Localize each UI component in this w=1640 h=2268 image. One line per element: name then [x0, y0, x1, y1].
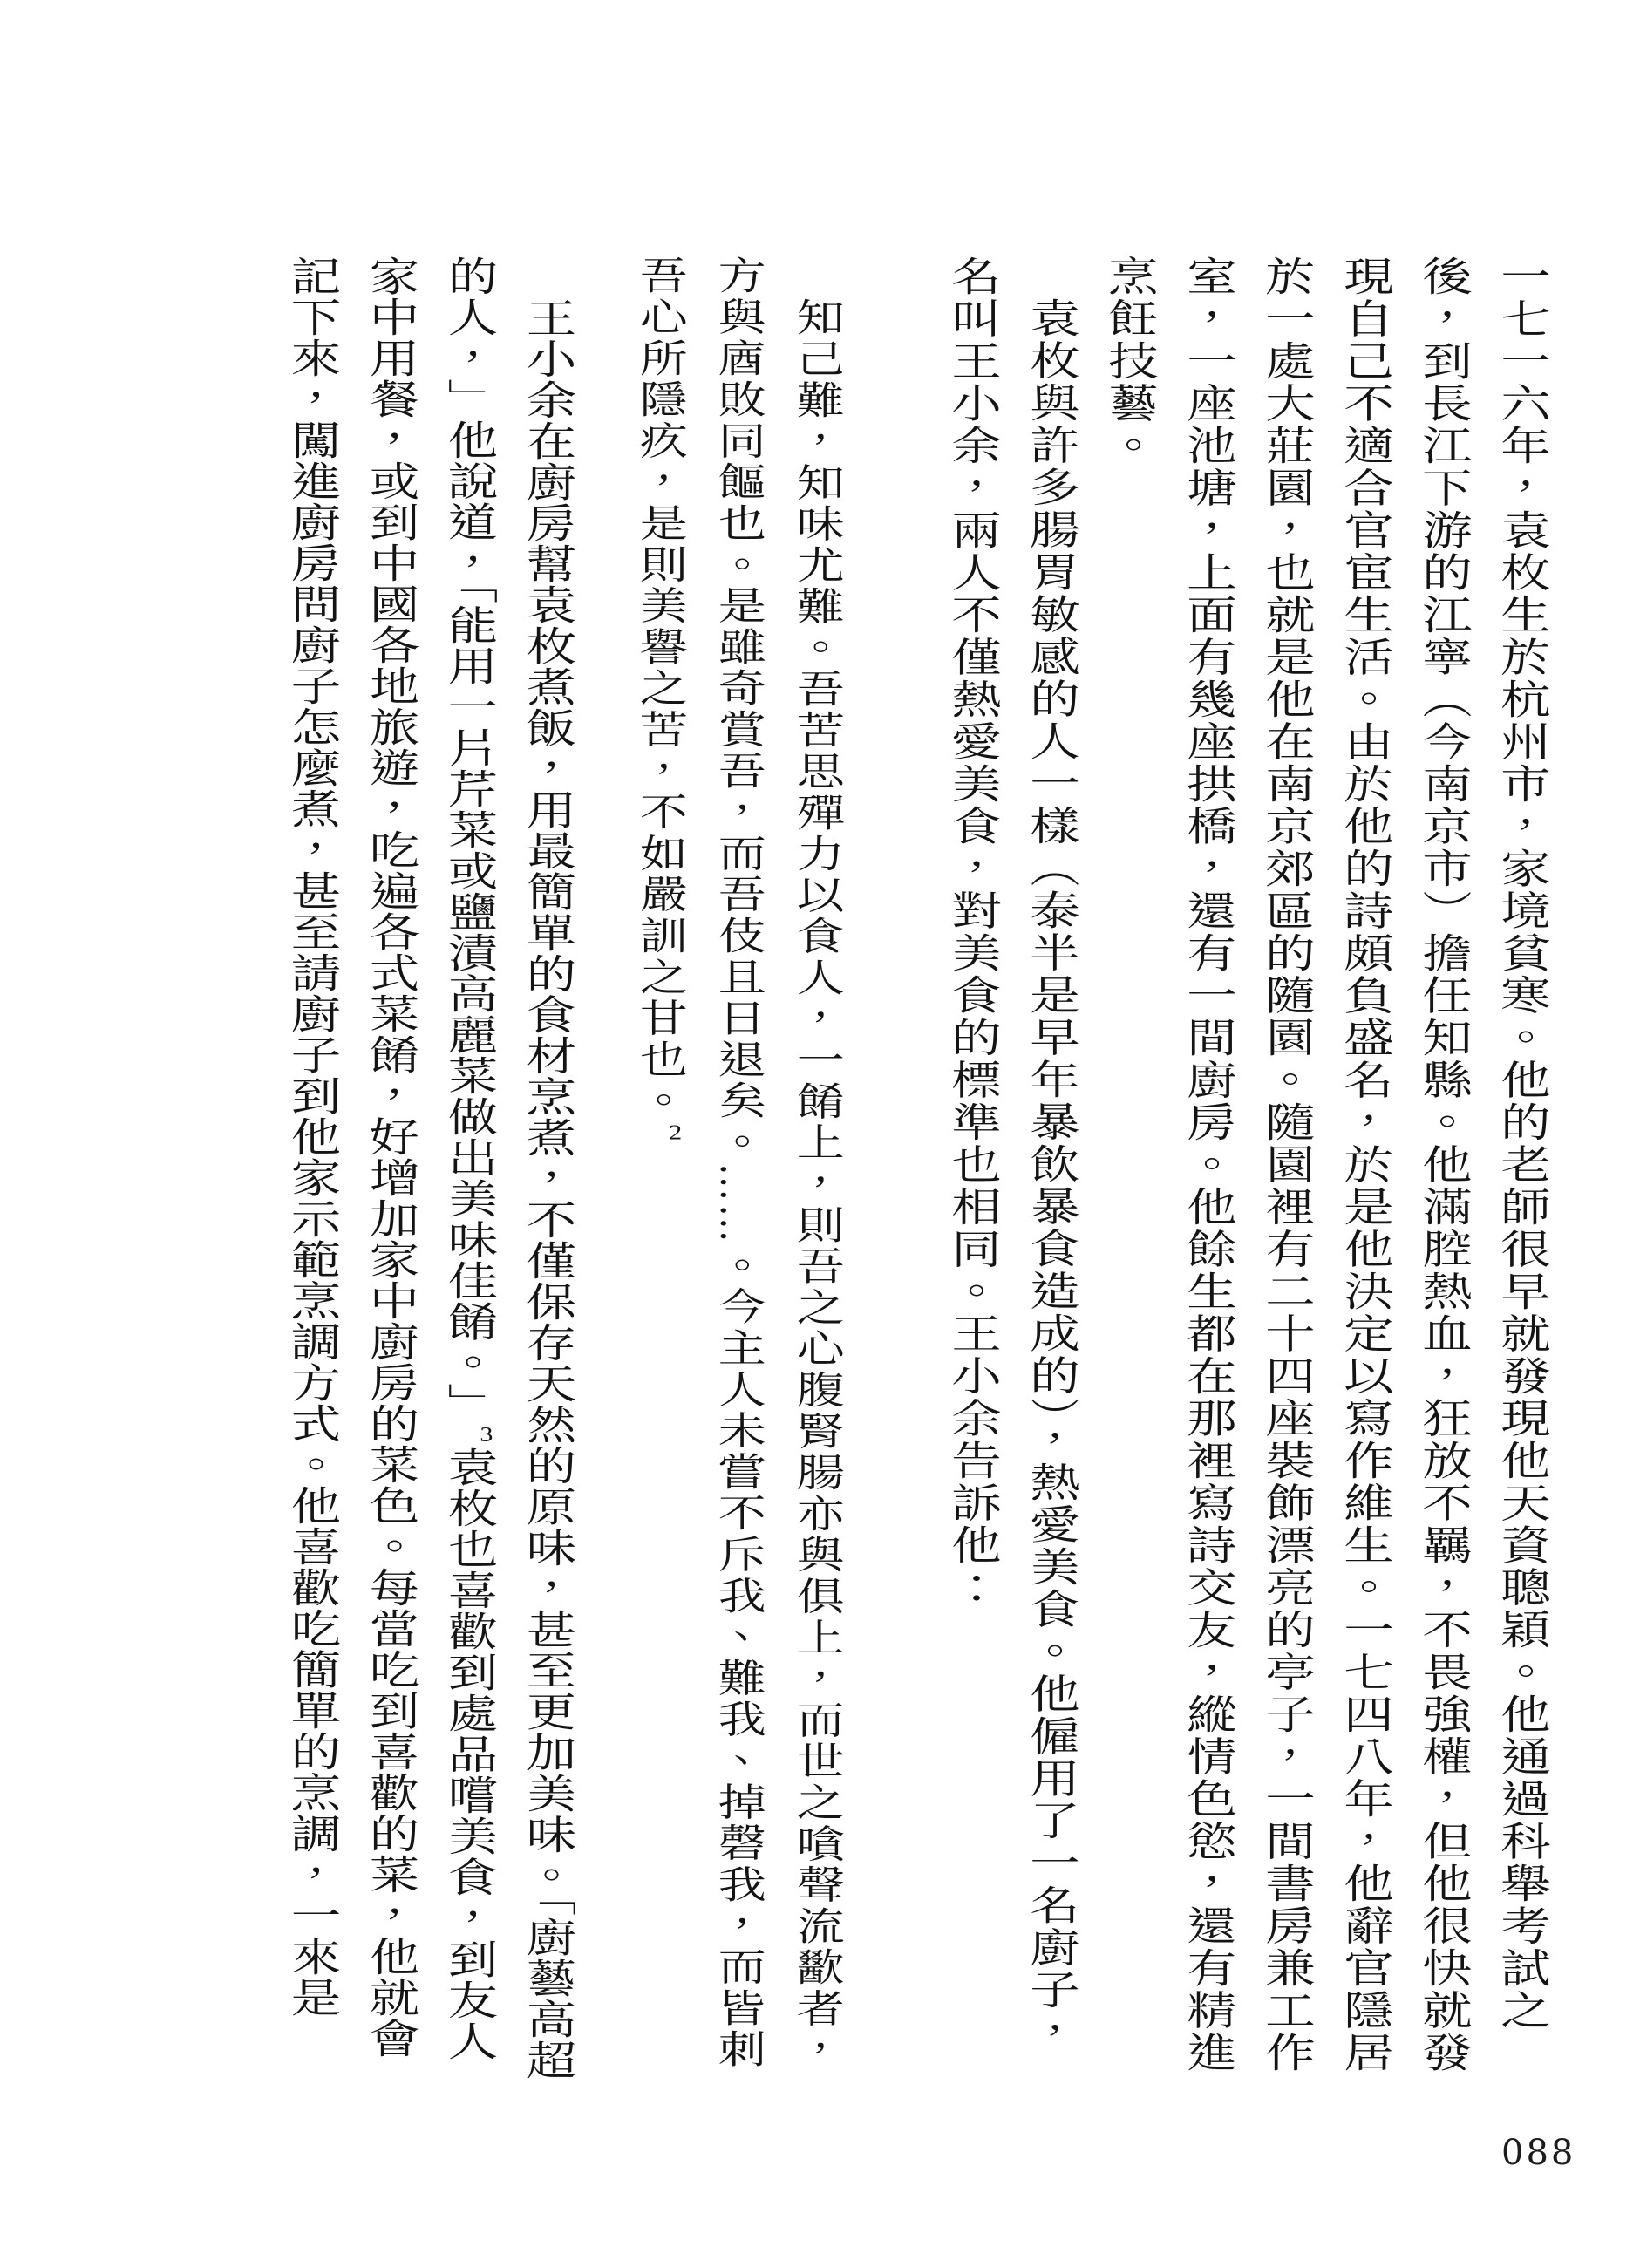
- paragraph-4: 王小余在廚房幫袁枚煮飯，用最簡單的食材烹煮，不僅保存天然的原味，甚至更加美味。「…: [273, 255, 587, 2087]
- footnote-marker-2: 2: [661, 1121, 690, 1144]
- page-number: 088: [1501, 2133, 1575, 2173]
- text-block: 一七一六年，袁枚生於杭州市，家境貧寒。他的老師很早就發現他天資聰穎。他通過科舉考…: [201, 255, 1561, 2087]
- book-page: { "page": { "number": "088", "paragraphs…: [0, 0, 1640, 2268]
- paragraph-text: 袁枚與許多腸胃敏感的人一樣（泰半是早年暴飲暴食造成的），熱愛美食。他僱用了一名廚…: [945, 255, 1079, 2053]
- paragraph-2: 袁枚與許多腸胃敏感的人一樣（泰半是早年暴飲暴食造成的），熱愛美食。他僱用了一名廚…: [933, 255, 1090, 2087]
- paragraph-text: 一七一六年，袁枚生於杭州市，家境貧寒。他的老師很早就發現他天資聰穎。他通過科舉考…: [1102, 255, 1550, 2074]
- footnote-marker-3: 3: [473, 1424, 501, 1447]
- paragraph-1: 一七一六年，袁枚生於杭州市，家境貧寒。他的老師很早就發現他天資聰穎。他通過科舉考…: [1090, 255, 1561, 2087]
- paragraph-text: 知己難，知味尤難。吾苦思殫力以食人，一餚上，則吾之心腹腎腸亦與俱上，而世之嗿聲流…: [632, 255, 842, 2071]
- classical-quote: 知己難，知味尤難。吾苦思殫力以食人，一餚上，則吾之心腹腎腸亦與俱上，而世之嗿聲流…: [619, 255, 854, 2087]
